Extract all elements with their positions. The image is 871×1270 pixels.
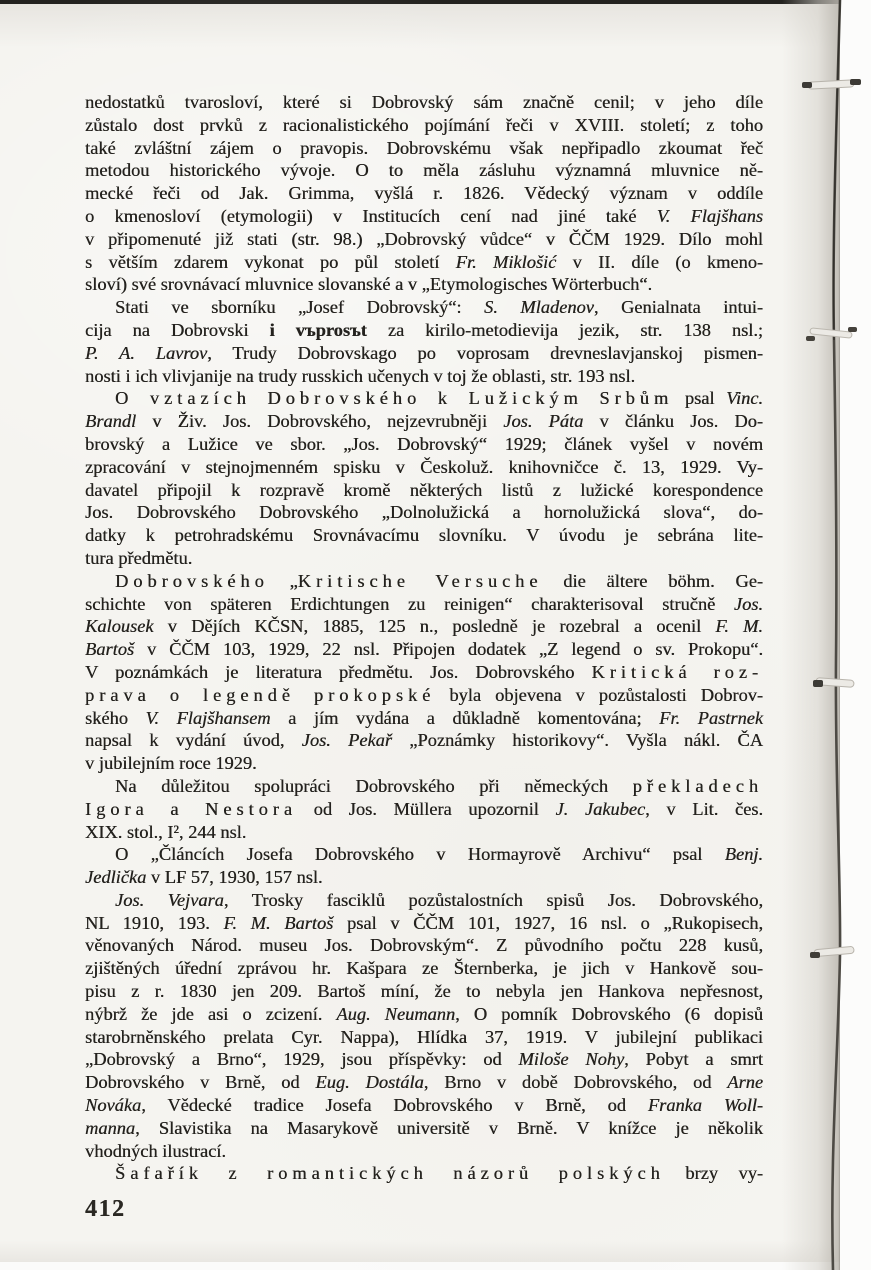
text-line: Igora a Nestora od Jos. Müllera upozorni… — [85, 798, 763, 821]
text-run: také zvláštní zájem o pravopis. Dobrovsk… — [85, 138, 763, 158]
text-line: Stati ve sborníku „Josef Dobrovský“: S. … — [85, 296, 763, 319]
text-run: nosti i ich vlivjanije na trudy russkich… — [85, 366, 635, 386]
text-run: pisu z r. 1830 jen 209. Bartoš míní, že … — [85, 981, 763, 1001]
text-line: P. A. Lavrov, Trudy Dobrovskago po vopro… — [85, 342, 763, 365]
text-run: , Genialnata intui- — [594, 297, 763, 317]
italic-text-run: V. Flajšhans — [657, 206, 763, 226]
italic-text-run: Kalousek — [85, 616, 153, 636]
italic-text-run: Jedlička — [85, 867, 146, 887]
text-line: sloví) své srovnávací mluvnice slovanské… — [85, 273, 763, 296]
text-run: v Dějích KČSN, 1885, 125 n., posledně je… — [153, 616, 715, 636]
letterspaced-text-run: Kritische Versuche — [298, 571, 543, 591]
letterspaced-text-run: Igora a Nestora — [85, 799, 297, 819]
text-run: v LF 57, 1930, 157 nsl. — [146, 867, 322, 887]
text-line: pisu z r. 1830 jen 209. Bartoš míní, že … — [85, 980, 763, 1003]
italic-text-run: P. A. Lavrov — [85, 343, 207, 363]
text-run: v II. díle (o kmeno- — [556, 252, 763, 272]
text-run: v jubilejním roce 1929. — [85, 753, 257, 773]
text-run: sloví) své srovnávací mluvnice slovanské… — [85, 274, 652, 294]
text-run: metodou historického vývoje. O to měla z… — [85, 160, 763, 180]
text-run: davatel připojil k rozpravě kromě někter… — [85, 480, 763, 500]
text-line: zjištěných úřední zprávou hr. Kašpara ze… — [85, 957, 763, 980]
text-run: , v Lit. čes. — [645, 799, 763, 819]
text-run: „ — [269, 571, 298, 591]
text-line: Bartoš v ČČM 103, 1929, 22 nsl. Připojen… — [85, 638, 763, 661]
text-line: Na důležitou spolupráci Dobrovského při … — [85, 775, 763, 798]
text-line: tura předmětu. — [85, 547, 763, 570]
italic-text-run: Jos. Vejvara — [115, 890, 224, 910]
text-run: „Poznámky historikovy“. Vyšla nákl. ČA — [392, 730, 763, 750]
letterspaced-text-run: O vztazích Dobrovského k Lužickým Srbům — [115, 388, 673, 408]
text-run: psal — [673, 388, 726, 408]
text-line: schichte von späteren Erdichtungen zu re… — [85, 593, 763, 616]
bold-text-run: i vъprosъt — [270, 320, 367, 340]
text-run: byla objevena v pozůstalosti Dobrov- — [435, 685, 763, 705]
text-line: v připomenuté již stati (str. 98.) „Dobr… — [85, 228, 763, 251]
text-line: nosti i ich vlivjanije na trudy russkich… — [85, 365, 763, 388]
letterspaced-text-run: překladech — [633, 776, 763, 796]
text-run: nedostatků tvarosloví, které si Dobrovsk… — [85, 92, 763, 112]
scan-bottom-edge — [0, 1240, 871, 1262]
italic-text-run: J. Jakubec — [555, 799, 645, 819]
scanned-book-page: { "page": { "number": "412" }, "colors":… — [0, 0, 871, 1270]
text-line: Jos. Dobrovského Dobrovského „Dolnolužic… — [85, 501, 763, 524]
text-run: psal v ČČM 101, 1927, 16 nsl. o „Rukopis… — [333, 913, 763, 933]
italic-text-run: Jos. Páta — [503, 411, 583, 431]
italic-text-run: Brandl — [85, 411, 136, 431]
text-run: Jos. Dobrovského Dobrovského „Dolnolužic… — [85, 502, 763, 522]
italic-text-run: V. Flajšhansem — [145, 708, 270, 728]
text-line: nýbrž že jde asi o zcizení. Aug. Neumann… — [85, 1003, 763, 1026]
text-run: , Trudy Dobrovskago po voprosam drevnesl… — [207, 343, 763, 363]
text-line: napsal k vydání úvod, Jos. Pekař „Poznám… — [85, 729, 763, 752]
letterspaced-text-run: Šafařík z romantických názorů polských — [115, 1163, 665, 1183]
text-run: o kmenosloví (etymologii) v Institucích … — [85, 206, 657, 226]
text-line: Dobrovského „Kritische Versuche die älte… — [85, 570, 763, 593]
text-run: nýbrž že jde asi o zcizení. — [85, 1004, 336, 1024]
text-line: Kalousek v Dějích KČSN, 1885, 125 n., po… — [85, 615, 763, 638]
text-line: V poznámkách je literatura předmětu. Jos… — [85, 661, 763, 684]
binding-stitch — [806, 327, 857, 341]
text-run: schichte von späteren Erdichtungen zu re… — [85, 594, 734, 614]
text-run: v ČČM 103, 1929, 22 nsl. Připojen dodate… — [134, 639, 763, 659]
text-run: věnovaných Národ. museu Jos. Dobrovským“… — [85, 935, 763, 955]
text-run: vhodných ilustrací. — [85, 1141, 226, 1161]
italic-text-run: Jos. — [734, 594, 763, 614]
text-run: v Živ. Jos. Dobrovského, nejzevrubněji — [136, 411, 503, 431]
text-run: O „Článcích Josefa Dobrovského v Hormayr… — [115, 844, 725, 864]
italic-text-run: Arne — [727, 1072, 763, 1092]
text-line: věnovaných Národ. museu Jos. Dobrovským“… — [85, 934, 763, 957]
binding-stitch — [810, 946, 854, 958]
text-run: brzy vy- — [665, 1163, 763, 1183]
text-run: , Brno v době Dobrovského, od — [424, 1072, 728, 1092]
text-run: a jím vydána a důkladně komentována; — [271, 708, 660, 728]
text-run: Na důležitou spolupráci Dobrovského při … — [115, 776, 633, 796]
italic-text-run: Jos. Pekař — [302, 730, 392, 750]
text-line: „Dobrovský a Brno“, 1929, jsou příspěvky… — [85, 1048, 763, 1071]
italic-text-run: Nováka — [85, 1095, 141, 1115]
text-line: o kmenosloví (etymologii) v Institucích … — [85, 205, 763, 228]
text-run: „Dobrovský a Brno“, 1929, jsou příspěvky… — [85, 1049, 518, 1069]
text-run: , Pobyt a smrt — [624, 1049, 763, 1069]
text-run: mecké řeči od Jak. Grimma, vyšlá r. 1826… — [85, 183, 763, 203]
text-line: Brandl v Živ. Jos. Dobrovského, nejzevru… — [85, 410, 763, 433]
binding-stitch — [813, 678, 854, 688]
text-line: XIX. stol., I², 244 nsl. — [85, 821, 763, 844]
text-line: Dobrovského v Brně, od Eug. Dostála, Brn… — [85, 1071, 763, 1094]
text-line: prava o legendě prokopské byla objevena … — [85, 684, 763, 707]
text-line: O vztazích Dobrovského k Lužickým Srbům … — [85, 387, 763, 410]
text-line: také zvláštní zájem o pravopis. Dobrovsk… — [85, 137, 763, 160]
italic-text-run: Fr. Pastrnek — [659, 708, 763, 728]
text-line: v jubilejním roce 1929. — [85, 752, 763, 775]
scan-bottom-margin — [0, 1262, 871, 1270]
text-line: s větším zdarem vykonat po půl století F… — [85, 251, 763, 274]
letterspaced-text-run: Dobrovského — [115, 571, 269, 591]
text-line: datky k petrohradskému Srovnávacímu slov… — [85, 524, 763, 547]
text-run: zpracování v stejnojmenném spisku v Česk… — [85, 457, 763, 477]
text-run: Dobrovského v Brně, od — [85, 1072, 315, 1092]
text-line: starobrněnského prelata Cyr. Nappa), Hlí… — [85, 1026, 763, 1049]
text-line: brovský a Lužice ve sbor. „Jos. Dobrovsk… — [85, 433, 763, 456]
text-line: zůstalo dost prvků z racionalistického p… — [85, 114, 763, 137]
text-line: mecké řeči od Jak. Grimma, vyšlá r. 1826… — [85, 182, 763, 205]
text-run: datky k petrohradskému Srovnávacímu slov… — [85, 525, 763, 545]
italic-text-run: Aug. Neumann — [336, 1004, 455, 1024]
letterspaced-text-run: prava o legendě prokopské — [85, 685, 435, 705]
binding-stitch — [802, 79, 861, 89]
text-run: ského — [85, 708, 145, 728]
text-line: nedostatků tvarosloví, které si Dobrovsk… — [85, 91, 763, 114]
text-run: die ältere böhm. Ge- — [542, 571, 763, 591]
italic-text-run: Miloše Nohy — [518, 1049, 624, 1069]
italic-text-run: Eug. Dostála — [315, 1072, 423, 1092]
text-line: zpracování v stejnojmenném spisku v Česk… — [85, 456, 763, 479]
text-run: , O pomník Dobrovského (6 dopisů — [455, 1004, 763, 1024]
text-line: cija na Dobrovski i vъprosъt za kirilo-m… — [85, 319, 763, 342]
text-run: cija na Dobrovski — [85, 320, 270, 340]
binding-edge-line — [832, 0, 840, 1270]
text-block: nedostatků tvarosloví, které si Dobrovsk… — [85, 91, 763, 1185]
text-run: , Trosky fasciklů pozůstalostních spisů … — [224, 890, 763, 910]
text-run: s větším zdarem vykonat po půl století — [85, 252, 456, 272]
text-run: od Jos. Müllera upozornil — [297, 799, 555, 819]
text-run: napsal k vydání úvod, — [85, 730, 302, 750]
text-run: V poznámkách je literatura předmětu. Jos… — [85, 662, 591, 682]
text-run: starobrněnského prelata Cyr. Nappa), Hlí… — [85, 1027, 763, 1047]
text-line: vhodných ilustrací. — [85, 1140, 763, 1163]
text-run: za kirilo-metodievija jezik, str. 138 ns… — [367, 320, 763, 340]
scan-top-gradient — [0, 4, 871, 48]
text-run: brovský a Lužice ve sbor. „Jos. Dobrovsk… — [85, 434, 763, 454]
text-run: XIX. stol., I², 244 nsl. — [85, 822, 246, 842]
text-line: NL 1910, 193. F. M. Bartoš psal v ČČM 10… — [85, 912, 763, 935]
text-run: Stati ve sborníku „Josef Dobrovský“: — [115, 297, 484, 317]
book-binding-edge — [780, 0, 871, 1270]
italic-text-run: Fr. Miklošić — [456, 252, 557, 272]
text-line: Nováka, Vědecké tradice Josefa Dobrovské… — [85, 1094, 763, 1117]
text-run: , Slavistika na Masarykově universitě v … — [135, 1118, 763, 1138]
italic-text-run: F. M. Bartoš — [223, 913, 333, 933]
italic-text-run: Franka Woll- — [648, 1095, 763, 1115]
italic-text-run: manna — [85, 1118, 135, 1138]
text-run: , Vědecké tradice Josefa Dobrovského v B… — [141, 1095, 648, 1115]
italic-text-run: S. Mladenov — [484, 297, 594, 317]
text-run: NL 1910, 193. — [85, 913, 223, 933]
text-line: Jos. Vejvara, Trosky fasciklů pozůstalos… — [85, 889, 763, 912]
italic-text-run: Benj. — [725, 844, 763, 864]
text-line: metodou historického vývoje. O to měla z… — [85, 159, 763, 182]
text-line: davatel připojil k rozpravě kromě někter… — [85, 479, 763, 502]
text-run: v článku Jos. Do- — [583, 411, 763, 431]
letterspaced-text-run: Kritická roz- — [591, 662, 763, 682]
page-number: 412 — [85, 1196, 126, 1223]
text-run: zjištěných úřední zprávou hr. Kašpara ze… — [85, 958, 763, 978]
text-line: Jedlička v LF 57, 1930, 157 nsl. — [85, 866, 763, 889]
text-run: zůstalo dost prvků z racionalistického p… — [85, 115, 763, 135]
italic-text-run: Bartoš — [85, 639, 134, 659]
text-line: manna, Slavistika na Masarykově universi… — [85, 1117, 763, 1140]
italic-text-run: Vinc. — [726, 388, 763, 408]
text-line: ského V. Flajšhansem a jím vydána a důkl… — [85, 707, 763, 730]
italic-text-run: F. M. — [715, 616, 763, 636]
text-run: v připomenuté již stati (str. 98.) „Dobr… — [85, 229, 763, 249]
text-line: Šafařík z romantických názorů polských b… — [85, 1162, 763, 1185]
text-line: O „Článcích Josefa Dobrovského v Hormayr… — [85, 843, 763, 866]
text-run: tura předmětu. — [85, 548, 192, 568]
